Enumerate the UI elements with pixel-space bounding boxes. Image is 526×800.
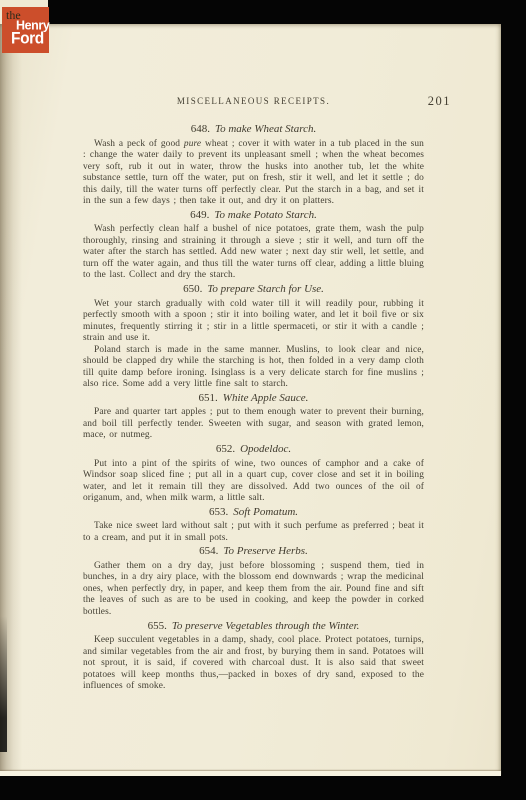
recipe-paragraph: Put into a pint of the spirits of wine, … <box>83 459 424 505</box>
recipe-section: 652.Opodeldoc.Put into a pint of the spi… <box>83 443 424 505</box>
bottom-left-shade <box>0 616 7 752</box>
recipe-title: White Apple Sauce. <box>223 392 309 404</box>
recipes-list: 648.To make Wheat Starch.Wash a peck of … <box>83 123 424 693</box>
recipe-title: To preserve Vegetables through the Winte… <box>172 620 360 632</box>
recipe-number: 655. <box>148 620 167 632</box>
recipe-paragraph: Take nice sweet lard without salt ; put … <box>83 521 424 544</box>
recipe-heading: 650.To prepare Starch for Use. <box>83 283 424 297</box>
recipe-number: 651. <box>199 392 218 404</box>
running-head-title: MISCELLANEOUS RECEIPTS. <box>177 96 330 106</box>
recipe-paragraph: Gather them on a dry day, just before bl… <box>83 561 424 619</box>
recipe-section: 651.White Apple Sauce.Pare and quarter t… <box>83 392 424 442</box>
recipe-heading: 649.To make Potato Starch. <box>83 209 424 223</box>
recipe-title: To make Wheat Starch. <box>215 123 316 135</box>
recipe-paragraph: Keep succulent vegetables in a damp, sha… <box>83 635 424 693</box>
recipe-number: 654. <box>199 545 218 557</box>
recipe-heading: 651.White Apple Sauce. <box>83 392 424 406</box>
recipe-number: 649. <box>190 209 209 221</box>
recipe-paragraph: Wash perfectly clean half a bushel of ni… <box>83 224 424 282</box>
recipe-paragraph: Poland starch is made in the same manner… <box>83 345 424 391</box>
recipe-paragraph: Pare and quarter tart apples ; put to th… <box>83 407 424 442</box>
logo-text-ford: Ford <box>11 30 44 49</box>
recipe-section: 650.To prepare Starch for Use.Wet your s… <box>83 283 424 391</box>
recipe-paragraph: Wash a peck of good pure wheat ; cover i… <box>83 139 424 208</box>
henry-ford-logo: the Henry Ford <box>2 7 49 53</box>
recipe-heading: 655.To preserve Vegetables through the W… <box>83 620 424 634</box>
page-bottom-edge <box>0 771 501 776</box>
recipe-number: 653. <box>209 506 228 518</box>
recipe-title: Soft Pomatum. <box>233 506 298 518</box>
recipe-number: 652. <box>216 443 235 455</box>
recipe-paragraph: Wet your starch gradually with cold wate… <box>83 299 424 345</box>
recipe-title: Opodeldoc. <box>240 443 291 455</box>
recipe-heading: 652.Opodeldoc. <box>83 443 424 457</box>
recipe-number: 650. <box>183 283 202 295</box>
scanned-book-photo: the Henry Ford MISCELLANEOUS RECEIPTS. 2… <box>0 0 526 800</box>
running-head: MISCELLANEOUS RECEIPTS. 201 <box>83 96 424 110</box>
recipe-heading: 654.To Preserve Herbs. <box>83 545 424 559</box>
page-text-block: MISCELLANEOUS RECEIPTS. 201 648.To make … <box>83 96 424 693</box>
recipe-title: To prepare Starch for Use. <box>207 283 324 295</box>
recipe-section: 649.To make Potato Starch.Wash perfectly… <box>83 209 424 282</box>
page-number: 201 <box>428 94 451 109</box>
recipe-number: 648. <box>191 123 210 135</box>
recipe-title: To make Potato Starch. <box>214 209 316 221</box>
recipe-section: 648.To make Wheat Starch.Wash a peck of … <box>83 123 424 208</box>
text-segment: Wash a peck of good <box>94 139 184 149</box>
recipe-heading: 648.To make Wheat Starch. <box>83 123 424 137</box>
recipe-section: 654.To Preserve Herbs.Gather them on a d… <box>83 545 424 618</box>
recipe-title: To Preserve Herbs. <box>223 545 307 557</box>
recipe-section: 655.To preserve Vegetables through the W… <box>83 620 424 693</box>
recipe-section: 653.Soft Pomatum.Take nice sweet lard wi… <box>83 506 424 545</box>
italic-word: pure <box>184 139 201 149</box>
recipe-heading: 653.Soft Pomatum. <box>83 506 424 520</box>
